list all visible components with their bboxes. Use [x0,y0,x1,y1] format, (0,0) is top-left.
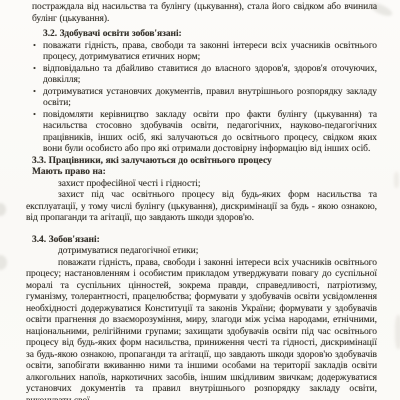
document-content: постраждала від насильства та булінгу (ц… [26,2,377,400]
paragraph-duties-1: дотримуватися педагогічної етики; [26,246,377,258]
paragraph-rights-1: захист професійної честі і гідності; [26,179,377,191]
scan-artifact [0,255,7,270]
section-3-3-heading: 3.3. Працівники, які залучаються до осві… [32,156,377,168]
paragraph-rights-2: захист під час освітнього процесу від бу… [26,190,377,225]
document-page: постраждала від насильства та булінгу (ц… [0,0,400,400]
paragraph-continuation: постраждала від насильства та булінгу (ц… [32,2,377,25]
section-3-2-heading: 3.2. Здобувачі освіти зобов'язані: [43,29,377,41]
scan-artifact [0,203,6,216]
scan-artifact [394,172,399,188]
students-obligations-list: • поважати гідність, права, свободи та з… [32,41,377,156]
paragraph-duties-2: поважати гідність, права, свободи і зако… [26,258,377,400]
list-item-text: відповідально та дбайливо ставитися до в… [43,64,377,86]
scan-artifact [395,315,400,349]
bullet-icon: • [33,86,36,98]
list-item-text: дотримуватися установчих документів, пра… [43,87,377,109]
list-item: • повідомляти керівництво закладу освіти… [32,110,377,156]
list-item: • поважати гідність, права, свободи та з… [32,41,377,64]
bullet-icon: • [33,63,36,75]
list-item: • відповідально та дбайливо ставитися до… [32,64,377,87]
section-3-3-subheading: Мають право на: [32,167,377,179]
bullet-icon: • [33,40,36,52]
list-item-text: поважати гідність, права, свободи та зак… [43,41,377,63]
list-item-text: повідомляти керівництво закладу освіти п… [43,110,377,155]
list-item: • дотримуватися установчих документів, п… [32,87,377,110]
section-3-4-heading: 3.4. Зобов'язані: [32,235,377,247]
bullet-icon: • [33,109,36,121]
